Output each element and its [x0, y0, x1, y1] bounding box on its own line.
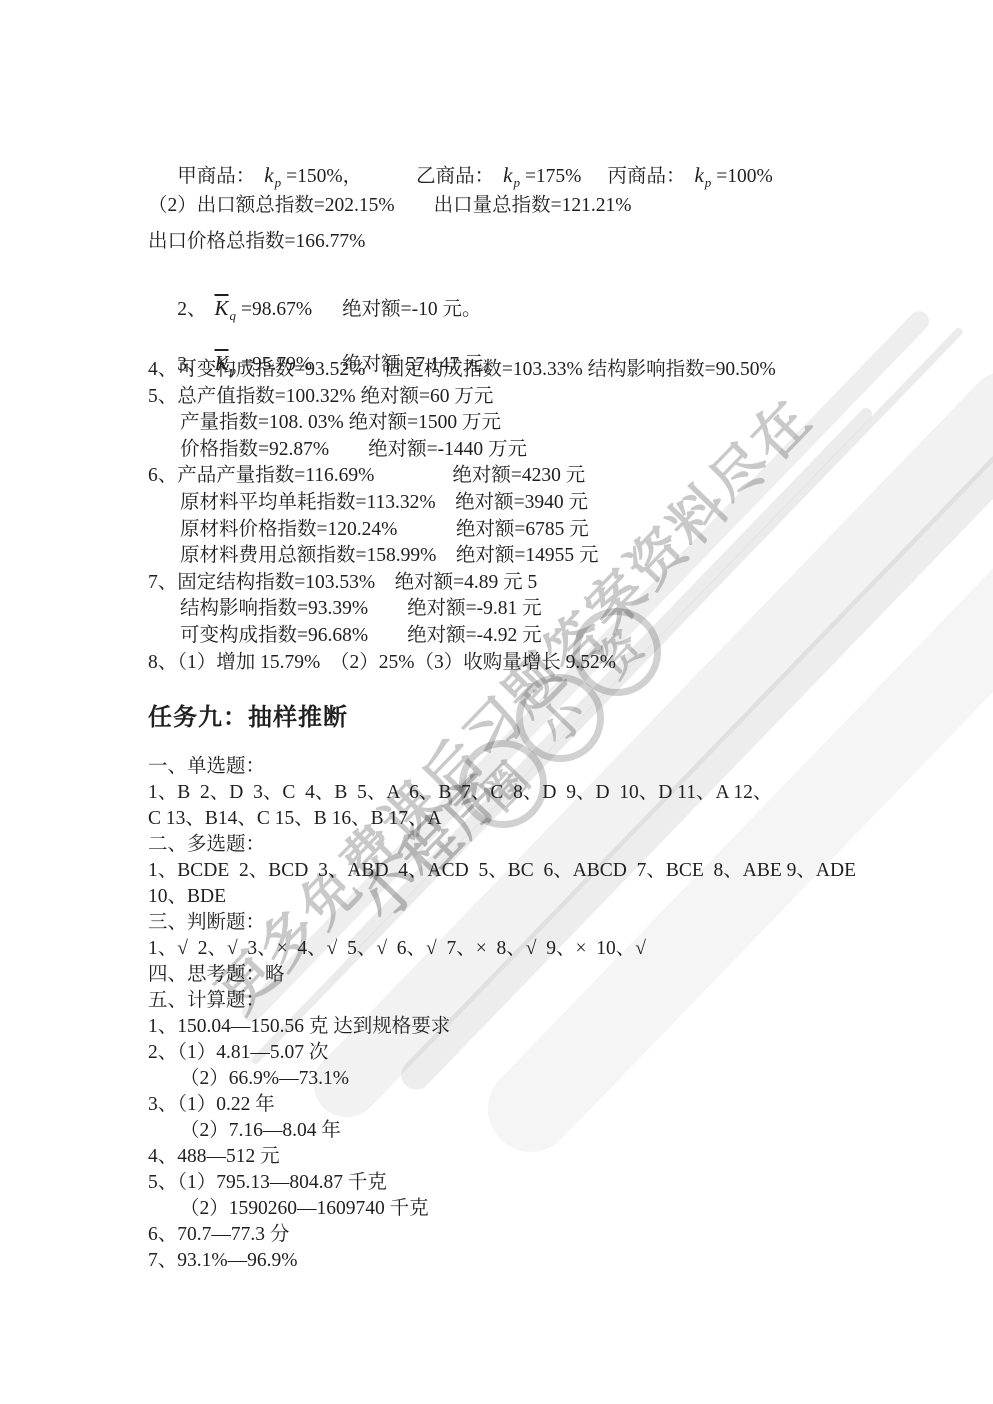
export-price-index-line: 出口价格总指数=166.77%	[148, 229, 960, 255]
goods-b-value: =175%	[525, 166, 582, 187]
answer-line: 原材料费用总额指数=158.99% 绝对额=14955 元	[148, 543, 960, 570]
answer-line: 1、BCDE 2、BCD 3、ABD 4、ACD 5、BC 6、ABCD 7、B…	[148, 858, 960, 884]
answer-line: 4、488—512 元	[148, 1144, 960, 1170]
k-subscript: p	[705, 175, 712, 190]
answers-content: 甲商品：kp=150%，乙商品：kp=175%丙商品：kp=100% （2）出口…	[148, 136, 960, 1274]
item-2-value: =98.67%	[241, 299, 312, 320]
answer-line: （2）7.16—8.04 年	[148, 1118, 960, 1144]
answer-line: 价格指数=92.87% 绝对额=-1440 万元	[148, 437, 960, 464]
answer-line: 10、BDE	[148, 884, 960, 910]
index-answers-list: 4、可变构成指数=93.52% 固定构成指数=103.33% 结构影响指数=90…	[148, 357, 960, 676]
export-total-index-line: （2）出口额总指数=202.15% 出口量总指数=121.21%	[148, 193, 960, 219]
k-variable: k	[694, 163, 703, 187]
answer-line: 1、√ 2、√ 3、× 4、√ 5、√ 6、√ 7、× 8、√ 9、× 10、√	[148, 936, 960, 962]
goods-a-label: 甲商品：	[177, 166, 255, 187]
goods-c-label: 丙商品：	[607, 166, 685, 187]
goods-a-value: =150%，	[286, 166, 362, 187]
answer-line: 7、固定结构指数=103.53% 绝对额=4.89 元 5	[148, 570, 960, 597]
answer-line: 4、可变构成指数=93.52% 固定构成指数=103.33% 结构影响指数=90…	[148, 357, 960, 384]
answer-line: 5、总产值指数=100.32% 绝对额=60 万元	[148, 384, 960, 411]
k-subscript: p	[275, 175, 282, 190]
k-variable: k	[503, 163, 512, 187]
answer-line: 3、（1）0.22 年	[148, 1092, 960, 1118]
answer-line: 5、（1）795.13—804.87 千克	[148, 1170, 960, 1196]
answer-line: 1、B 2、D 3、C 4、B 5、A 6、B 7、C 8、D 9、D 10、D…	[148, 780, 960, 806]
answer-line: C 13、B14、C 15、B 16、B 17、A	[148, 806, 960, 832]
document-page: 更多免费课后习题答案资料尽在 小程序 资 小 圈 甲商品：kp=150%，乙商品…	[0, 0, 993, 1404]
k-subscript: p	[513, 175, 520, 190]
answer-line: 6、70.7—77.3 分	[148, 1222, 960, 1248]
answer-line: 2、（1）4.81—5.07 次	[148, 1040, 960, 1066]
answer-line: 三、判断题：	[148, 910, 960, 936]
k-variable: k	[264, 163, 273, 187]
answer-line: 原材料价格指数=120.24% 绝对额=6785 元	[148, 517, 960, 544]
answer-line: 二、多选题：	[148, 832, 960, 858]
answer-line: 8、（1）增加 15.79% （2）25%（3）收购量增长 9.52%	[148, 650, 960, 677]
k-subscript: q	[230, 308, 237, 323]
item-2-abs: 绝对额=-10 元。	[342, 299, 481, 320]
answer-line: 四、思考题：略	[148, 962, 960, 988]
answer-line: （2）66.9%—73.1%	[148, 1066, 960, 1092]
answer-line: 7、93.1%—96.9%	[148, 1248, 960, 1274]
answer-line: 原材料平均单耗指数=113.32% 绝对额=3940 元	[148, 490, 960, 517]
goods-c-value: =100%	[716, 166, 773, 187]
answer-line: 一、单选题：	[148, 754, 960, 780]
task9-answers-list: 一、单选题： 1、B 2、D 3、C 4、B 5、A 6、B 7、C 8、D 9…	[148, 754, 960, 1274]
answer-line: 可变构成指数=96.68% 绝对额=-4.92 元	[148, 623, 960, 650]
goods-b-label: 乙商品：	[416, 166, 494, 187]
kp-values-line: 甲商品：kp=150%，乙商品：kp=175%丙商品：kp=100%	[148, 136, 960, 162]
answer-line: 1、150.04—150.56 克 达到规格要求	[148, 1014, 960, 1040]
k-bar-variable: K	[215, 296, 229, 320]
item-number: 2、	[177, 299, 206, 320]
answer-line: 结构影响指数=93.39% 绝对额=-9.81 元	[148, 596, 960, 623]
answer-line: （2）1590260—1609740 千克	[148, 1196, 960, 1222]
section-heading: 任务九：抽样推断	[148, 703, 960, 733]
answer-line: 产量指数=108. 03% 绝对额=1500 万元	[148, 410, 960, 437]
answer-line: 6、产品产量指数=116.69% 绝对额=4230 元	[148, 463, 960, 490]
answer-line: 五、计算题：	[148, 988, 960, 1014]
item-2-line: 2、Kq=98.67%绝对额=-10 元。	[148, 263, 960, 293]
